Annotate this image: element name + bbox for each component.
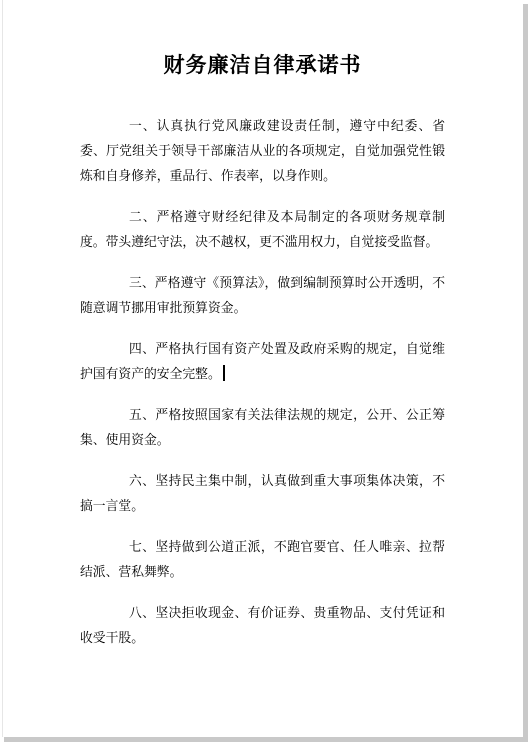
text-insertion-cursor (223, 365, 225, 381)
paragraph-1[interactable]: 一、认真执行党风廉政建设责任制，遵守中纪委、省委、厅党组关于领导干部廉洁从业的各… (80, 114, 445, 189)
paragraph-6[interactable]: 六、坚持民主集中制，认真做到重大事项集体决策，不搞一言堂。 (80, 469, 445, 519)
paragraph-3[interactable]: 三、严格遵守《预算法》，做到编制预算时公开透明，不随意调节挪用审批预算资金。 (80, 271, 445, 321)
paragraph-4-text: 四、严格执行国有资产处置及政府采购的规定，自觉维护国有资产的安全完整。 (80, 342, 445, 381)
paragraph-7-text: 七、坚持做到公道正派，不跑官要官、任人唯亲、拉帮结派、营私舞弊。 (80, 540, 445, 579)
document-canvas: 财务廉洁自律承诺书 一、认真执行党风廉政建设责任制，遵守中纪委、省委、厅党组关于… (0, 0, 528, 742)
page-shadow-bottom (4, 737, 528, 742)
paragraph-4[interactable]: 四、严格执行国有资产处置及政府采购的规定，自觉维护国有资产的安全完整。 (80, 337, 445, 387)
paragraph-6-text: 六、坚持民主集中制，认真做到重大事项集体决策，不搞一言堂。 (80, 474, 445, 513)
paragraph-2-text: 二、严格遵守财经纪律及本局制定的各项财务规章制度。带头遵纪守法，决不越权，更不滥… (80, 210, 445, 249)
document-page[interactable]: 财务廉洁自律承诺书 一、认真执行党风廉政建设责任制，遵守中纪委、省委、厅党组关于… (2, 0, 523, 737)
paragraph-2[interactable]: 二、严格遵守财经纪律及本局制定的各项财务规章制度。带头遵纪守法，决不越权，更不滥… (80, 205, 445, 255)
paragraph-8-text: 八、坚决拒收现金、有价证券、贵重物品、支付凭证和收受干股。 (80, 606, 445, 645)
paragraph-3-text: 三、严格遵守《预算法》，做到编制预算时公开透明，不随意调节挪用审批预算资金。 (80, 276, 445, 315)
paragraph-5-text: 五、严格按照国家有关法律法规的规定，公开、公正筹集、使用资金。 (80, 408, 445, 447)
paragraph-5[interactable]: 五、严格按照国家有关法律法规的规定，公开、公正筹集、使用资金。 (80, 403, 445, 453)
paragraph-1-text: 一、认真执行党风廉政建设责任制，遵守中纪委、省委、厅党组关于领导干部廉洁从业的各… (80, 119, 445, 183)
document-title[interactable]: 财务廉洁自律承诺书 (80, 52, 445, 78)
page-shadow-right (523, 4, 528, 742)
paragraph-8[interactable]: 八、坚决拒收现金、有价证券、贵重物品、支付凭证和收受干股。 (80, 601, 445, 651)
paragraph-7[interactable]: 七、坚持做到公道正派，不跑官要官、任人唯亲、拉帮结派、营私舞弊。 (80, 535, 445, 585)
